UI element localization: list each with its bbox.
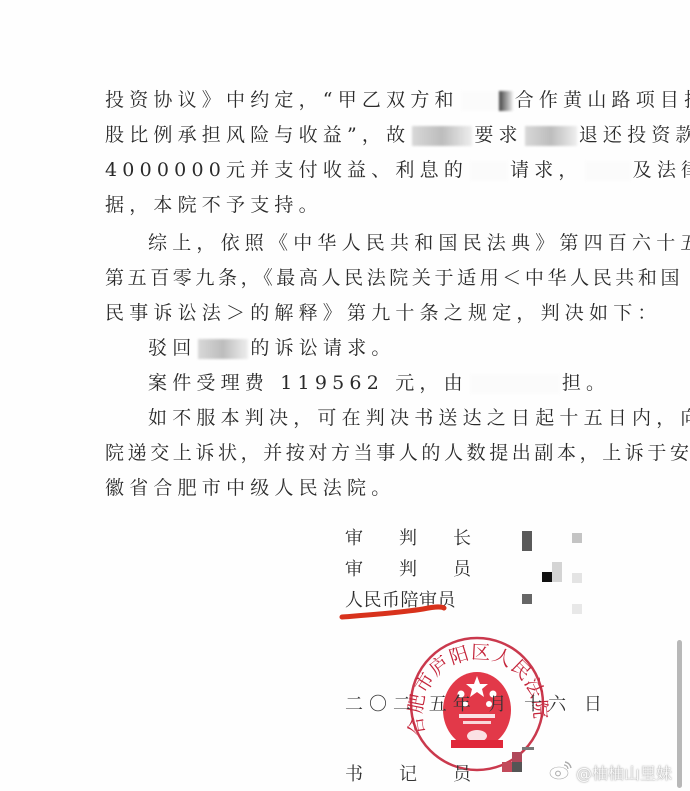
body-line-6: 第五百零九条，《最高人民法院关于适用＜中华人民共和国: [105, 266, 683, 290]
text-segment: 驳回: [148, 337, 196, 359]
redacted-signature: [552, 562, 562, 582]
char: 长: [453, 528, 471, 550]
redacted-signature: [572, 533, 582, 543]
text-segment: 第五百零九条，《最高人民法院关于适用＜中华人民共和国: [105, 267, 683, 289]
text-segment: 的诉讼请求。: [250, 337, 395, 359]
redacted-name: [470, 374, 560, 394]
body-line-5: 综上，依照《中华人民共和国民法典》第四百六十五条、: [148, 231, 690, 255]
redacted-name: [412, 126, 472, 146]
redacted-name: [198, 339, 248, 359]
text-segment: 徽省合肥市中级人民法院。: [105, 477, 395, 499]
body-line-2: 股比例承担风险与收益”，故要求退还投资款: [105, 123, 690, 147]
char: 审: [345, 528, 399, 550]
redacted-signature: [522, 594, 532, 604]
body-line-10: 如不服本判决，可在判决书送达之日起十五日内，向本: [148, 406, 690, 430]
char: 审: [345, 559, 399, 581]
body-line-12: 徽省合肥市中级人民法院。: [105, 476, 395, 500]
char: 员: [453, 760, 507, 786]
text-segment: 案件受理费: [148, 372, 269, 394]
redacted-signature: [572, 573, 582, 583]
text-segment: 4000000元并支付收益、利息的: [105, 159, 468, 181]
red-underline-annotation: [338, 600, 448, 622]
text-segment: 股比例承担风险与收益”，故: [105, 124, 410, 146]
redacted-text: [585, 161, 631, 181]
text-segment: 民事诉讼法＞的解释》第九十条之规定，判决如下：: [105, 302, 662, 324]
judgment-document-page: 投资协议》中约定，“甲乙双方和合作黄山路项目按占 股比例承担风险与收益”，故要求…: [0, 0, 690, 791]
text-segment: 退还投资款: [579, 124, 690, 146]
clerk-label: 书记员: [345, 760, 507, 786]
vertical-scrollbar[interactable]: [677, 640, 682, 788]
text-segment: 要求: [474, 124, 522, 146]
body-line-4: 据，本院不予支持。: [105, 193, 323, 217]
redacted-text: [470, 161, 508, 181]
char: 记: [399, 760, 453, 786]
redacted-signature: [512, 752, 522, 762]
redacted-signature: [522, 531, 532, 551]
body-line-8: 驳回的诉讼请求。: [148, 336, 396, 360]
judge-label: 审判员: [345, 559, 471, 581]
text-segment: 如不服本判决，可在判决书送达之日起十五日内，向本: [148, 407, 690, 429]
judgment-date: 二〇二 五年 月 十六 日: [345, 690, 608, 716]
redacted-signature: [542, 572, 552, 582]
char: 判: [399, 528, 453, 550]
redacted-name: [525, 126, 577, 146]
body-line-1: 投资协议》中约定，“甲乙双方和合作黄山路项目按占: [105, 88, 690, 112]
redacted-signature: [512, 762, 522, 772]
text-segment: 综上，依照《中华人民共和国民法典》第四百六十五条、: [148, 232, 690, 254]
char: 书: [345, 760, 399, 786]
case-fee-amount: 119562 元，由: [280, 372, 468, 394]
text-segment: 据，本院不予支持。: [105, 194, 323, 216]
redacted-signature: [522, 747, 534, 750]
weibo-watermark-text: @柚柚山里妹: [576, 761, 672, 784]
text-segment: 投资协议》中约定，“甲乙双方和: [105, 89, 459, 111]
chief-judge-label: 审判长: [345, 528, 471, 550]
text-segment: 请求，: [510, 159, 583, 181]
weibo-icon: [548, 757, 574, 783]
body-line-11: 院递交上诉状，并按对方当事人的人数提出副本，上诉于安: [105, 441, 690, 465]
text-segment: 担。: [562, 372, 610, 394]
body-line-9: 案件受理费 119562 元，由担。: [148, 371, 610, 395]
text-segment: 合作黄山路项目按占: [515, 89, 690, 111]
redacted-name: [499, 91, 513, 111]
redacted-name: [461, 91, 501, 111]
body-line-7: 民事诉讼法＞的解释》第九十条之规定，判决如下：: [105, 301, 662, 325]
text-segment: 及法律依: [633, 159, 690, 181]
text-segment: 院递交上诉状，并按对方当事人的人数提出副本，上诉于安: [105, 442, 690, 464]
redacted-signature: [572, 604, 582, 614]
char: 判: [399, 559, 453, 581]
redacted-signature: [502, 762, 512, 772]
date-text: 二〇二 五年 月 十六 日: [345, 694, 608, 715]
body-line-3: 4000000元并支付收益、利息的请求，及法律依: [105, 158, 690, 182]
char: 员: [453, 559, 471, 581]
